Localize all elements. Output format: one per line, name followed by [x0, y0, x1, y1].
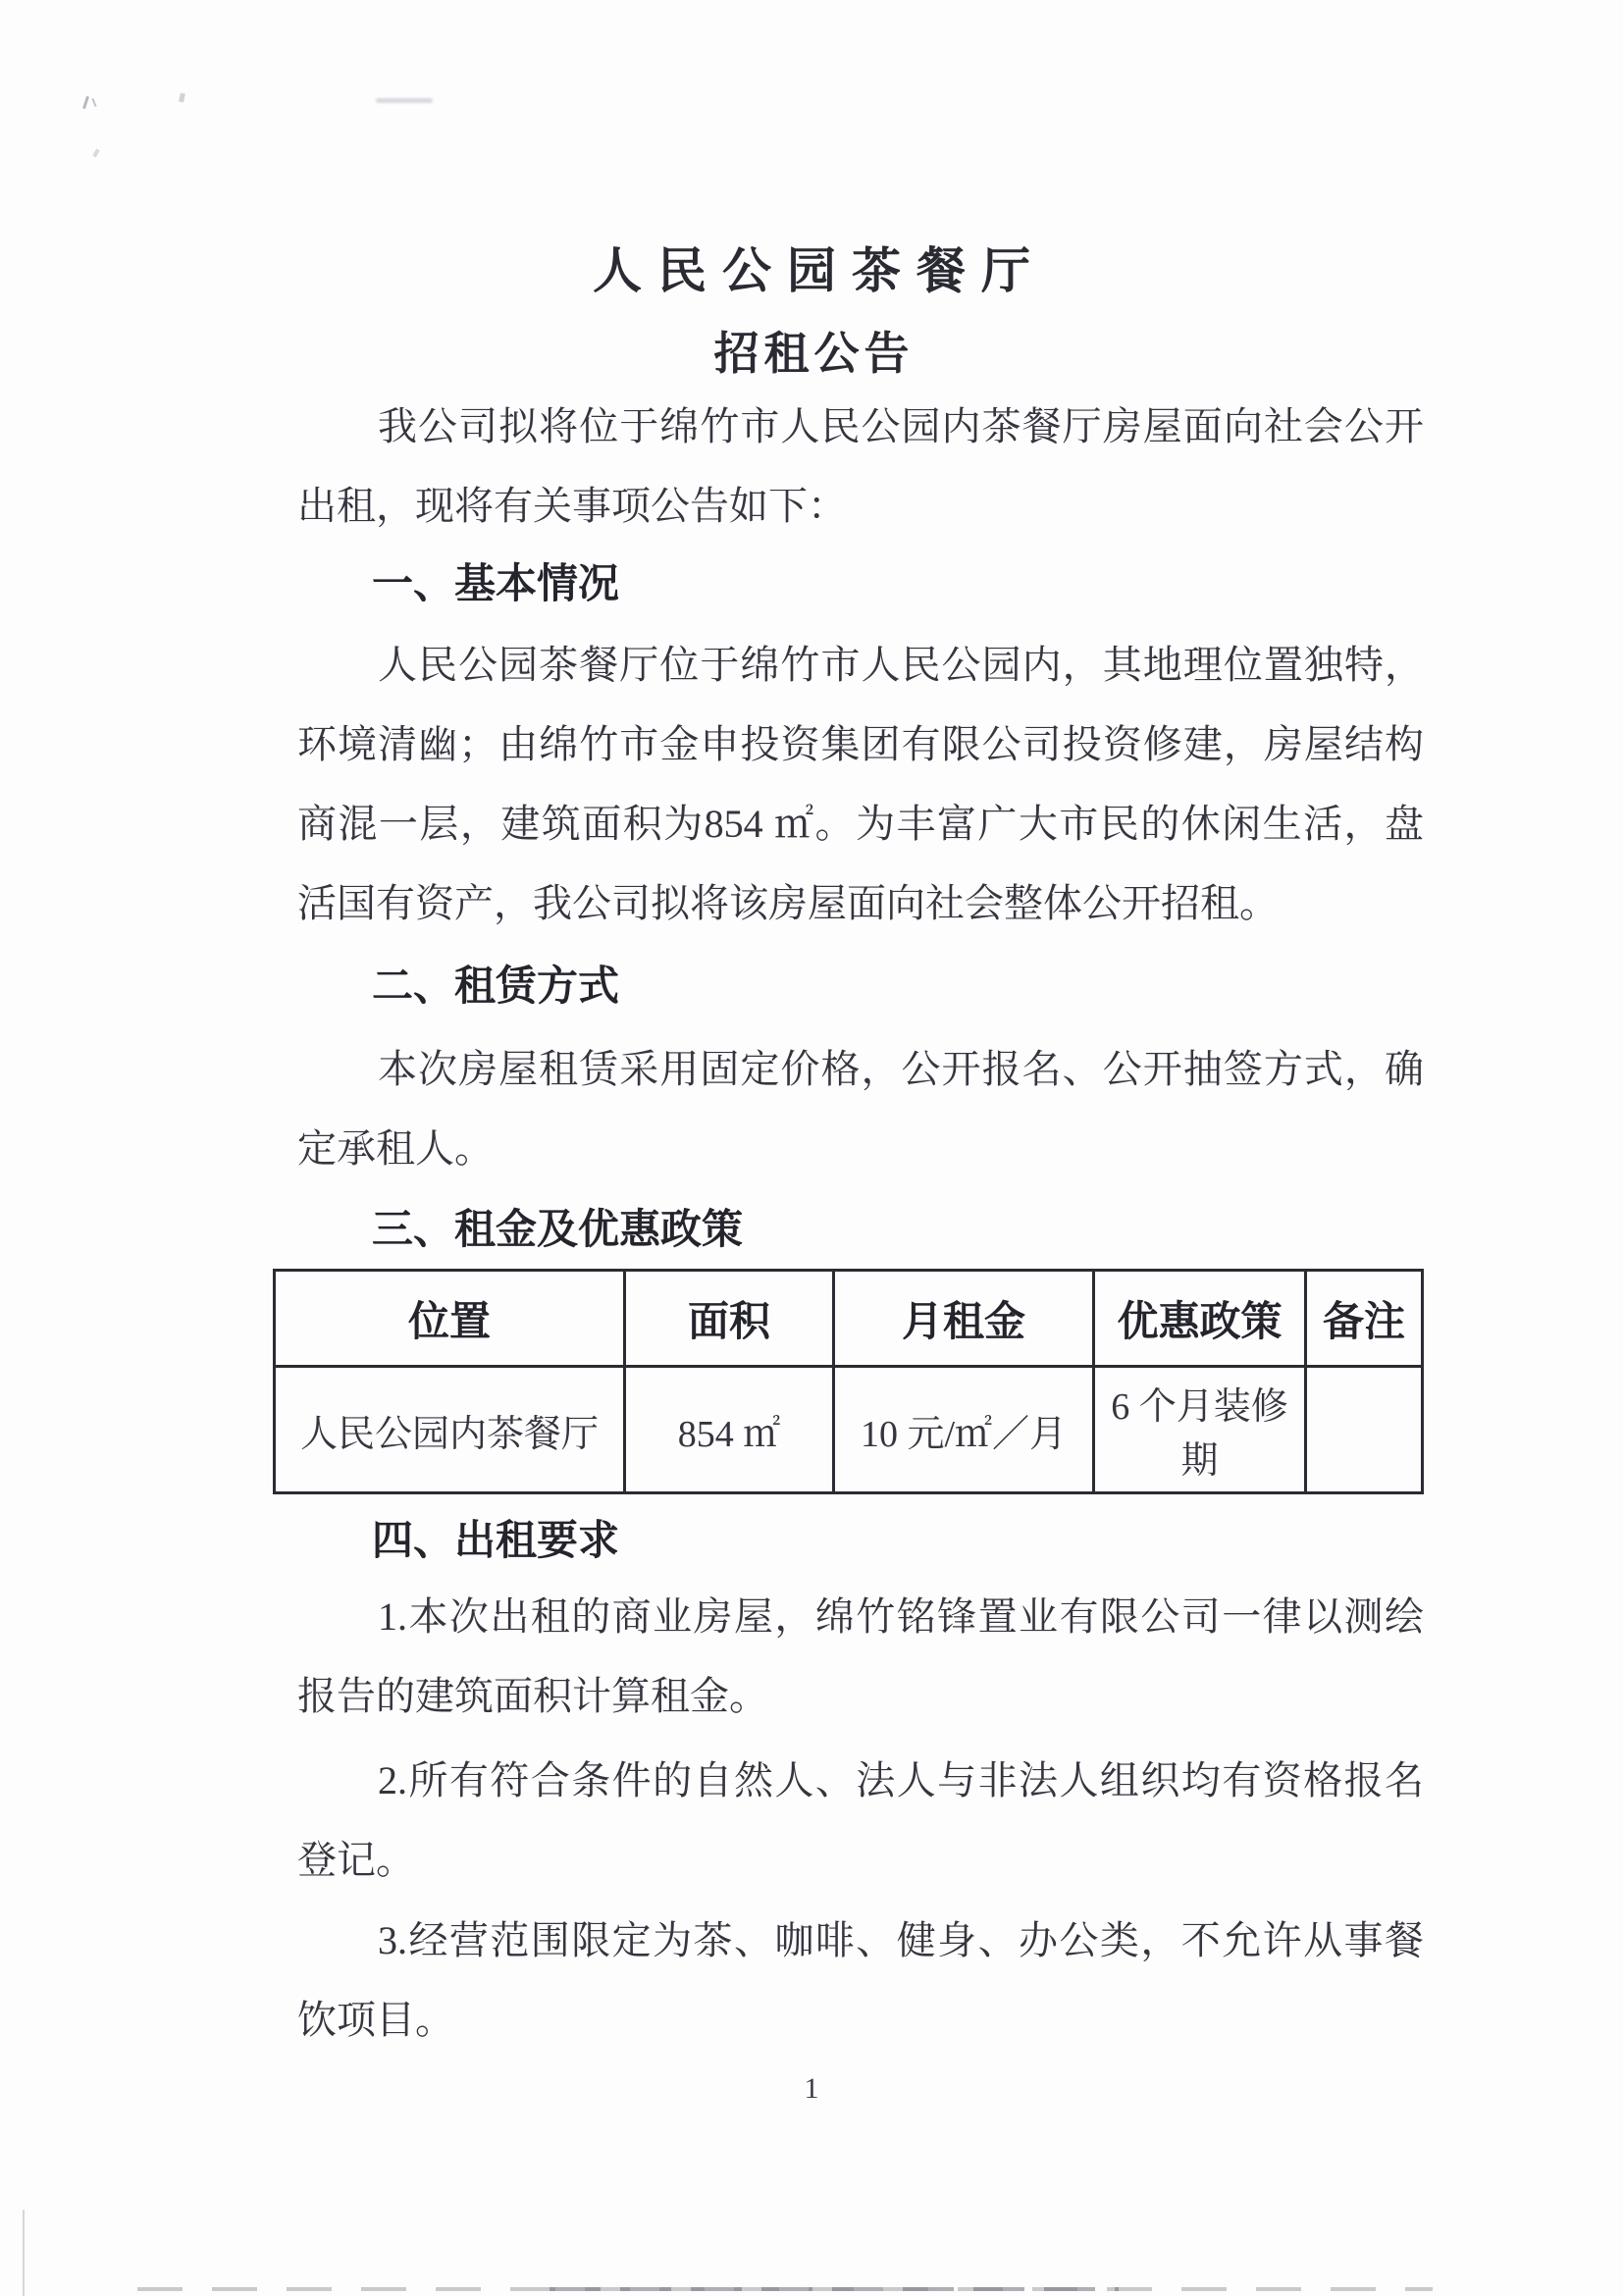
scan-edge-line: [23, 2210, 25, 2296]
table-header-row: 位置 面积 月租金 优惠政策 备注: [275, 1271, 1423, 1367]
section-paragraph-lease-method: 本次房屋租赁采用固定价格，公开报名、公开抽签方式，确定承租人。: [297, 1029, 1424, 1188]
section-heading-rent-policy: 三、租金及优惠政策: [297, 1189, 1424, 1269]
table-row: 人民公园内茶餐厅 854 ㎡ 10 元/㎡／月 6 个月装修期: [275, 1367, 1423, 1493]
requirement-item-2: 2.所有符合条件的自然人、法人与非法人组织均有资格报名登记。: [297, 1741, 1424, 1900]
table-header-remarks: 备注: [1306, 1271, 1423, 1367]
table-cell-location: 人民公园内茶餐厅: [275, 1367, 625, 1493]
table-header-monthly-rent: 月租金: [834, 1271, 1094, 1367]
requirement-item-3: 3.经营范围限定为茶、咖啡、健身、办公类，不允许从事餐饮项目。: [297, 1901, 1424, 2060]
section-heading-lease-method: 二、租赁方式: [297, 946, 1424, 1025]
scan-speck: [92, 149, 99, 158]
section-heading-basic-info: 一、基本情况: [297, 544, 1424, 623]
scanned-document-page: 人民公园茶餐厅 招租公告 我公司拟将位于绵竹市人民公园内茶餐厅房屋面向社会公开出…: [0, 0, 1623, 2296]
table-cell-area: 854 ㎡: [625, 1367, 834, 1493]
requirement-item-1: 1.本次出租的商业房屋，绵竹铭锋置业有限公司一律以测绘报告的建筑面积计算租金。: [297, 1577, 1424, 1736]
scan-speck: [82, 96, 89, 109]
scan-speck: [91, 98, 96, 107]
table-cell-remarks: [1306, 1367, 1423, 1493]
page-number: 1: [0, 2072, 1623, 2106]
section-heading-rental-requirements: 四、出租要求: [297, 1500, 1424, 1580]
intro-paragraph: 我公司拟将位于绵竹市人民公园内茶餐厅房屋面向社会公开出租，现将有关事项公告如下：: [297, 387, 1424, 546]
section-paragraph-basic-info: 人民公园茶餐厅位于绵竹市人民公园内，其地理位置独特，环境清幽；由绵竹市金申投资集…: [297, 625, 1424, 943]
rent-policy-table: 位置 面积 月租金 优惠政策 备注 人民公园内茶餐厅 854 ㎡ 10 元/㎡／…: [273, 1269, 1424, 1494]
table-cell-discount-policy: 6 个月装修期: [1094, 1367, 1306, 1493]
table-header-area: 面积: [625, 1271, 834, 1367]
table-header-discount-policy: 优惠政策: [1094, 1271, 1306, 1367]
table-header-location: 位置: [275, 1271, 625, 1367]
document-body: 我公司拟将位于绵竹市人民公园内茶餐厅房屋面向社会公开出租，现将有关事项公告如下：…: [297, 0, 1424, 2296]
table-cell-monthly-rent: 10 元/㎡／月: [834, 1367, 1094, 1493]
scan-speck: [179, 93, 185, 103]
